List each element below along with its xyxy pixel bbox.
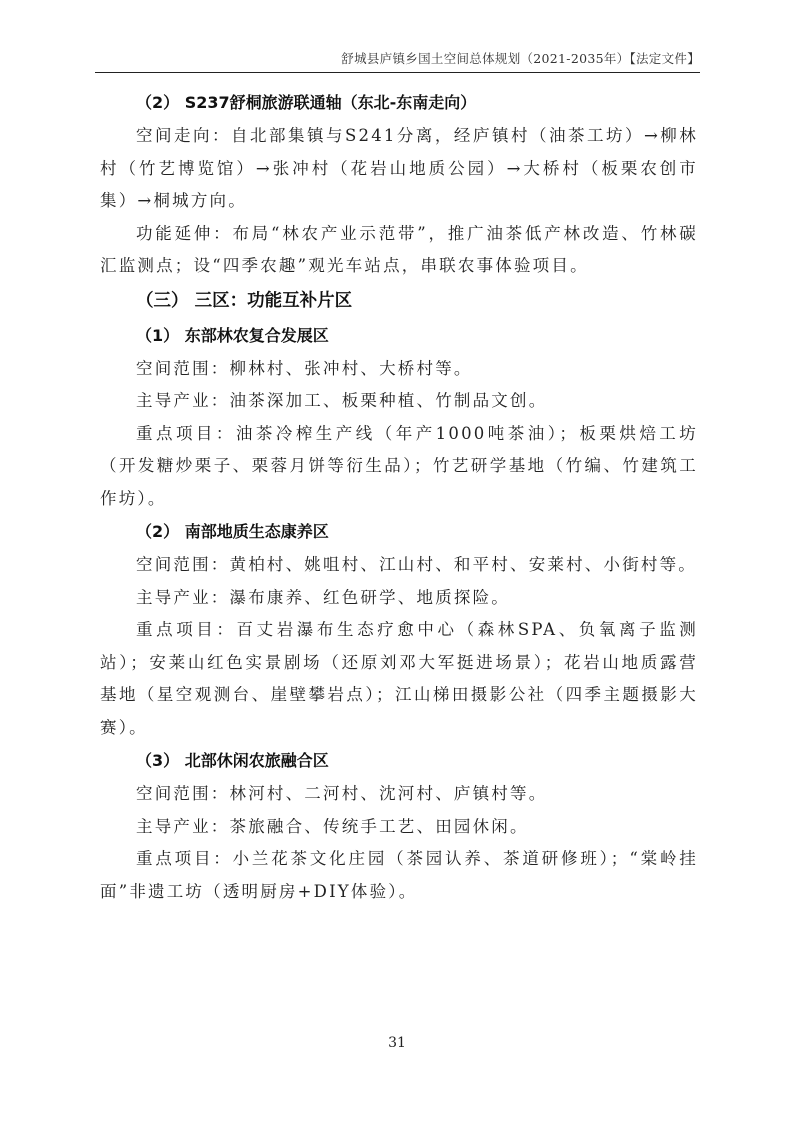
page-number: 31	[0, 1035, 794, 1051]
section-heading-three-zones: （三） 三区：功能互补片区	[100, 283, 698, 319]
paragraph-east-scope: 空间范围：柳林村、张冲村、大桥村等。	[100, 353, 698, 386]
paragraph-function-extension: 功能延伸：布局“林农产业示范带”，推广油茶低产林改造、竹林碳汇监测点；设“四季农…	[100, 218, 698, 283]
page-header: 舒城县庐镇乡国土空间总体规划（2021-2035年）【法定文件】	[95, 50, 700, 73]
paragraph-east-industry: 主导产业：油茶深加工、板栗种植、竹制品文创。	[100, 385, 698, 418]
paragraph-north-projects: 重点项目：小兰花茶文化庄园（茶园认养、茶道研修班）；“棠岭挂面”非遗工坊（透明厨…	[100, 843, 698, 908]
paragraph-east-projects: 重点项目：油茶冷榨生产线（年产1000吨茶油）；板栗烘焙工坊（开发糖炒栗子、栗蓉…	[100, 418, 698, 516]
paragraph-north-scope: 空间范围：林河村、二河村、沈河村、庐镇村等。	[100, 778, 698, 811]
paragraph-south-scope: 空间范围：黄柏村、姚咀村、江山村、和平村、安莱村、小街村等。	[100, 549, 698, 582]
paragraph-north-industry: 主导产业：茶旅融合、传统手工艺、田园休闲。	[100, 811, 698, 844]
paragraph-spatial-direction: 空间走向：自北部集镇与S241分离，经庐镇村（油茶工坊）→柳林村（竹艺博览馆）→…	[100, 120, 698, 218]
zone-heading-east: （1） 东部林农复合发展区	[100, 319, 698, 353]
zone-heading-north: （3） 北部休闲农旅融合区	[100, 744, 698, 778]
page-content: （2） S237舒桐旅游联通轴（东北-东南走向） 空间走向：自北部集镇与S241…	[100, 86, 698, 908]
paragraph-south-projects: 重点项目：百丈岩瀑布生态疗愈中心（森林SPA、负氧离子监测站）；安莱山红色实景剧…	[100, 614, 698, 744]
document-title: 舒城县庐镇乡国土空间总体规划（2021-2035年）【法定文件】	[341, 51, 700, 66]
zone-heading-south: （2） 南部地质生态康养区	[100, 515, 698, 549]
paragraph-south-industry: 主导产业：瀑布康养、红色研学、地质探险。	[100, 582, 698, 615]
axis-heading-s237: （2） S237舒桐旅游联通轴（东北-东南走向）	[100, 86, 698, 120]
